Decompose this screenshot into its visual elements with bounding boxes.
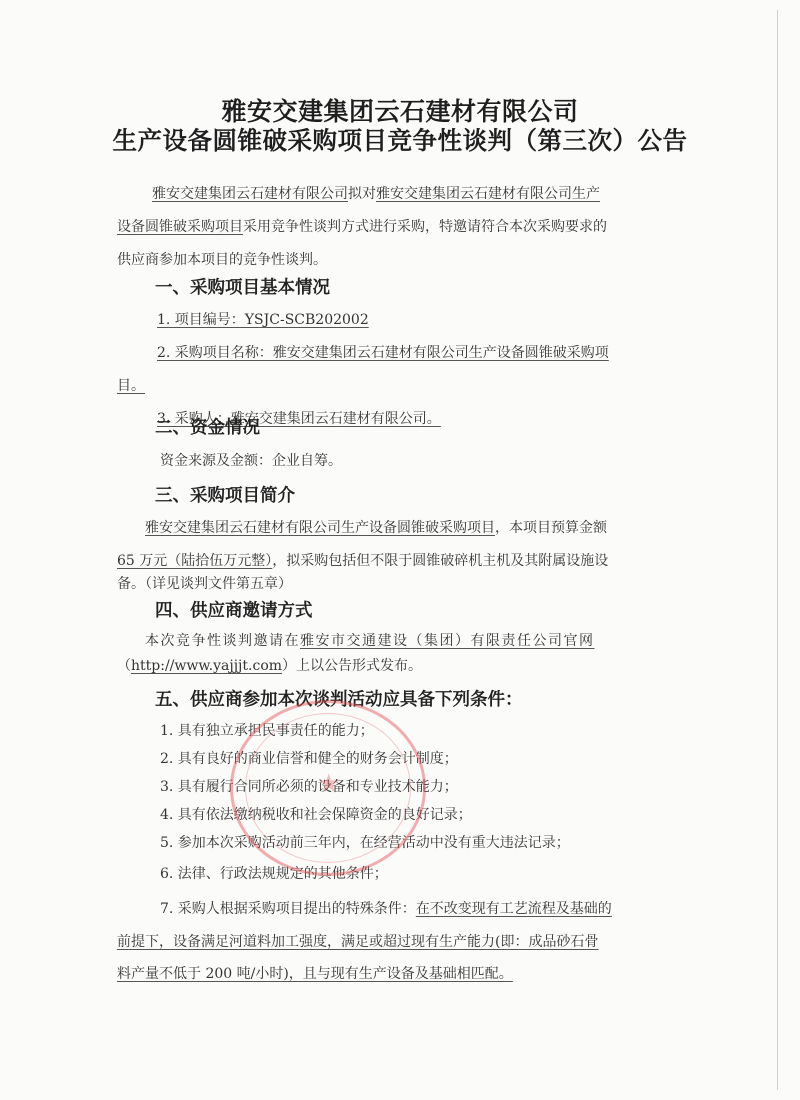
project-name: 雅安交建集团云石建材有限公司生产 (376, 186, 600, 202)
section-1-item-2: 2. 采购项目名称：雅安交建集团云石建材有限公司生产设备圆锥破采购项 (157, 342, 609, 362)
condition-item-6: 6. 法律、行政法规规定的其他条件； (160, 863, 388, 883)
intro-line3: 供应商参加本项目的竞争性谈判。 (117, 249, 327, 269)
section-5-heading: 五、供应商参加本次谈判活动应具备下列条件： (155, 686, 523, 711)
condition-item-2: 2. 具有良好的商业信誉和健全的财务会计制度； (160, 748, 458, 768)
scan-edge-line (777, 10, 778, 1090)
condition-item-3: 3. 具有履行合同所必须的设备和专业技术能力； (160, 776, 458, 796)
section-1-item-1: 1. 项目编号：YSJC-SCB202002 (157, 309, 369, 329)
project-name-cont: 设备圆锥破采购项目 (117, 219, 243, 235)
condition-item-1: 1. 具有独立承担民事责任的能力； (160, 720, 374, 740)
buyer-name: 雅安交建集团云石建材有限公司 (152, 186, 348, 202)
section-3-line3: 备。（详见谈判文件第五章） (117, 573, 292, 593)
condition-item-7: 7. 采购人根据采购项目提出的特殊条件：在不改变现有工艺流程及基础的 (160, 898, 612, 918)
document-title-line2: 生产设备圆锥破采购项目竞争性谈判（第三次）公告 (0, 122, 800, 157)
section-3-heading: 三、采购项目简介 (155, 482, 295, 507)
website-url-link[interactable]: http://www.yajjjt.com (131, 658, 282, 674)
section-4-line2: （http://www.yajjjt.com）上以公告形式发布。 (117, 655, 422, 675)
section-3-line2: 65 万元（陆拾伍万元整），拟采购包括但不限于圆锥破碎机主机及其附属设施设 (117, 550, 608, 570)
section-4-heading: 四、供应商邀请方式 (155, 597, 313, 622)
intro-line1: 雅安交建集团云石建材有限公司拟对雅安交建集团云石建材有限公司生产 (152, 183, 600, 203)
section-4-line1: 本次竞争性谈判邀请在雅安市交通建设（集团）有限责任公司官网 (145, 630, 595, 650)
section-2-heading: 二、资金情况 (155, 414, 260, 439)
condition-item-4: 4. 具有依法缴纳税收和社会保障资金的良好记录； (160, 804, 472, 824)
section-3-line1: 雅安交建集团云石建材有限公司生产设备圆锥破采购项目，本项目预算金额 (145, 517, 607, 537)
intro-line2: 设备圆锥破采购项目采用竞争性谈判方式进行采购，特邀请符合本次采购要求的 (117, 216, 607, 236)
scanned-document-page: 雅安交建集团云石建材有限公司 生产设备圆锥破采购项目竞争性谈判（第三次）公告 雅… (0, 0, 800, 1100)
section-1-heading: 一、采购项目基本情况 (155, 274, 330, 299)
condition-item-7-cont2: 料产量不低于 200 吨/小时)，且与现有生产设备及基础相匹配。 (117, 963, 513, 983)
condition-item-5: 5. 参加本次采购活动前三年内，在经营活动中没有重大违法记录； (160, 832, 570, 852)
section-1-item-2-cont: 目。 (117, 375, 145, 395)
budget-amount: 65 万元（陆拾伍万元整） (117, 553, 272, 569)
website-name: 雅安市交通建设（集团）有限责任公司官网 (300, 633, 595, 649)
section-2-text: 资金来源及金额：企业自筹。 (160, 450, 342, 470)
condition-item-7-cont1: 前提下，设备满足河道料加工强度，满足或超过现有生产能力(即：成品砂石骨 (117, 931, 598, 951)
